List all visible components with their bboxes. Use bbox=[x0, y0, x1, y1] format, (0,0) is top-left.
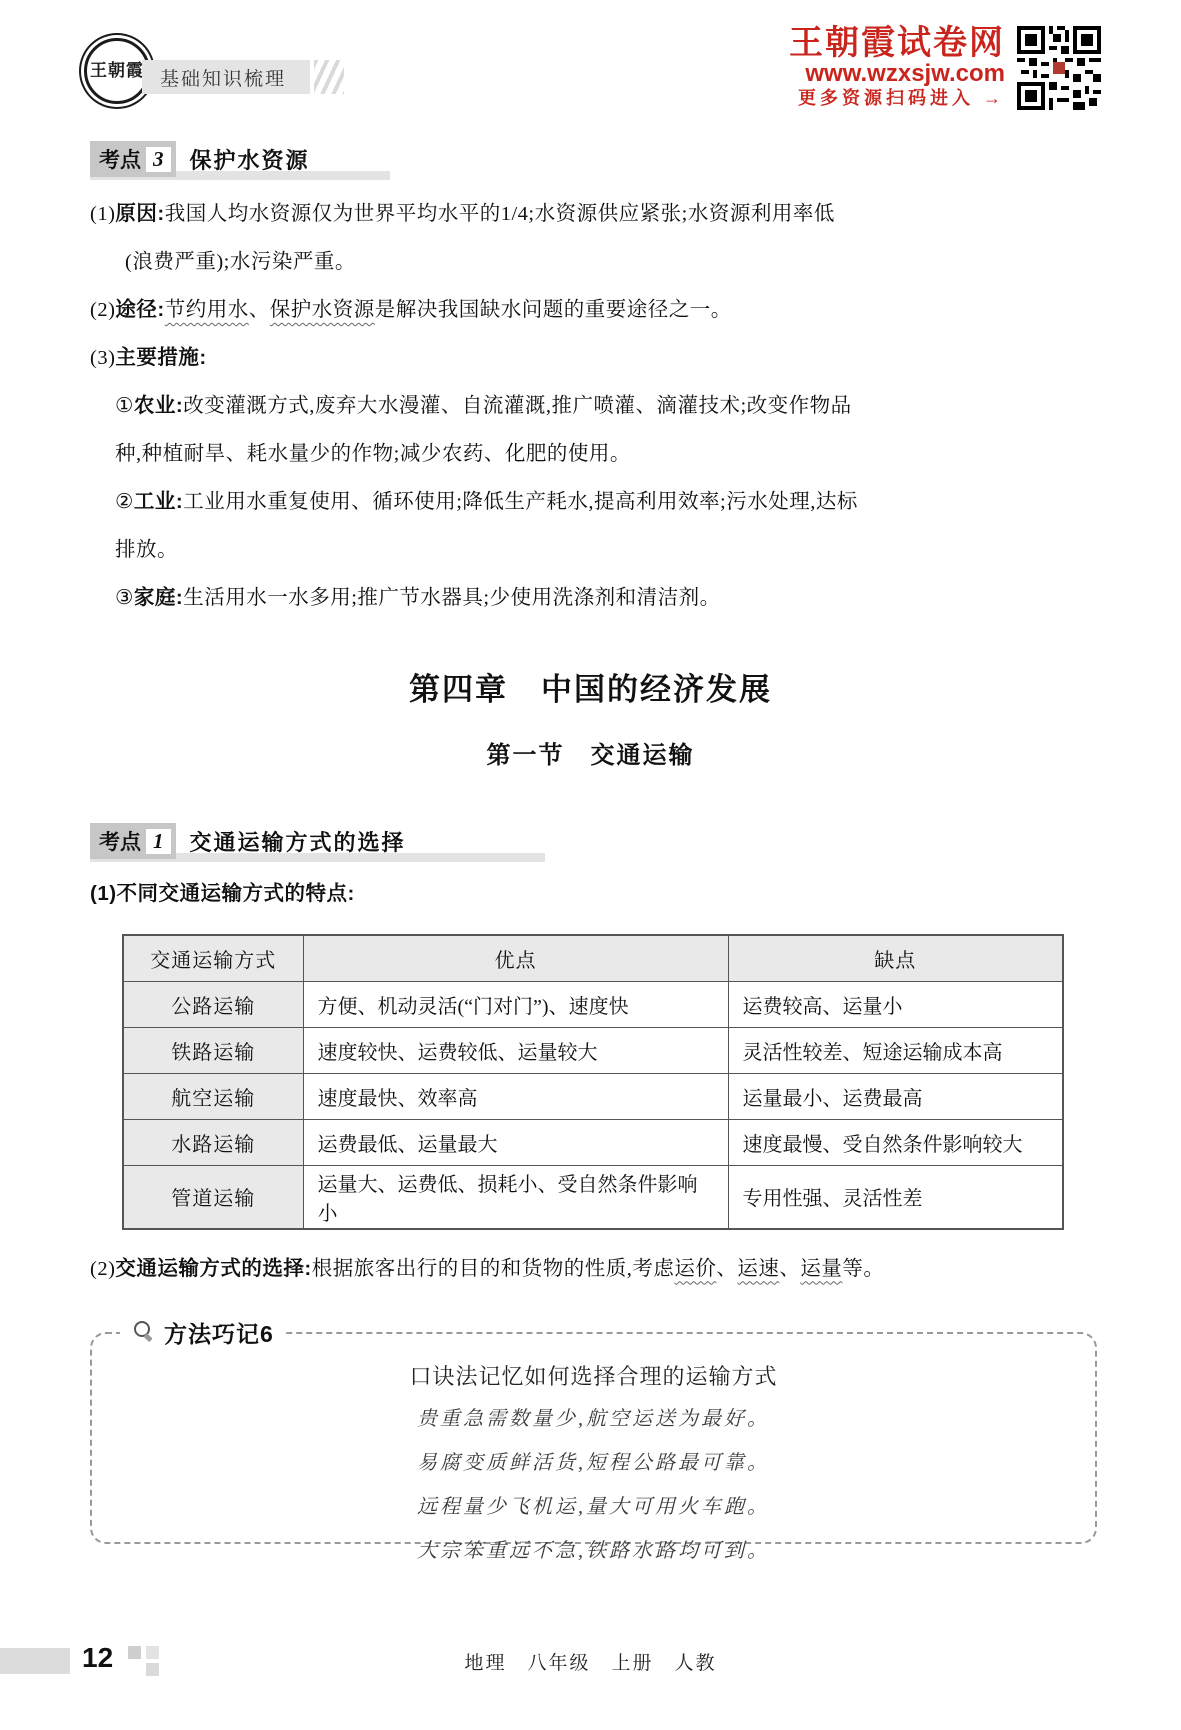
item-text: 我国人均水资源仅为世界平均水平的1/4;水资源供应紧张;水资源利用率低 bbox=[165, 203, 835, 225]
mnemonic-line: 远程量少飞机运,量大可用火车跑。 bbox=[92, 1485, 1095, 1529]
section-title: 第一节 交通运输 bbox=[0, 735, 1181, 770]
kaodian1-badge-number: 1 bbox=[146, 829, 171, 854]
item-label: 主要措施: bbox=[115, 346, 206, 369]
cons-cell: 速度最慢、受自然条件影响较大 bbox=[728, 1119, 1063, 1165]
kaodian1-title: 交通运输方式的选择 bbox=[190, 826, 406, 857]
brand-title: 王朝霞试卷网 bbox=[789, 26, 1005, 60]
table-row: 公路运输 方便、机动灵活(“门对门”)、速度快 运费较高、运量小 bbox=[123, 981, 1063, 1027]
item-text: 种,种植耐旱、耗水量少的作物;减少农药、化肥的使用。 bbox=[115, 443, 631, 465]
item-prefix: (3) bbox=[90, 347, 115, 369]
item-label: (1)不同交通运输方式的特点: bbox=[90, 882, 355, 905]
item-label: 交通运输方式的选择: bbox=[115, 1257, 311, 1280]
tip-box-label-text: 方法巧记6 bbox=[164, 1316, 274, 1349]
qr-code-svg bbox=[1017, 26, 1101, 110]
mnemonic-line: 大宗笨重远不急,铁路水路均可到。 bbox=[92, 1529, 1095, 1573]
agriculture-line-2: 种,种植耐旱、耗水量少的作物;减少农药、化肥的使用。 bbox=[90, 430, 1097, 478]
reason-line-1: (1)原因:我国人均水资源仅为世界平均水平的1/4;水资源供应紧张;水资源利用率… bbox=[90, 190, 1097, 238]
kaodian1-badge: 考点 1 bbox=[90, 823, 176, 859]
qr-code-icon bbox=[1017, 26, 1101, 110]
footer-book-info: 地理 八年级 上册 人教 bbox=[0, 1648, 1181, 1675]
tip-box-title: 口诀法记忆如何选择合理的运输方式 bbox=[92, 1360, 1095, 1391]
kaodian3-badge-number: 3 bbox=[146, 147, 171, 172]
mode-cell: 铁路运输 bbox=[123, 1027, 303, 1073]
main-content: 考点 3 保护水资源 (1)原因:我国人均水资源仅为世界平均水平的1/4;水资源… bbox=[0, 140, 1181, 1544]
table-row: 管道运输 运量大、运费低、损耗小、受自然条件影响小 专用性强、灵活性差 bbox=[123, 1165, 1063, 1229]
kaodian3-heading: 考点 3 保护水资源 bbox=[90, 140, 1181, 178]
tip-box-label: 方法巧记6 bbox=[120, 1316, 286, 1349]
item-text: 是解决我国缺水问题的重要途径之一。 bbox=[375, 299, 732, 321]
separator: 、 bbox=[716, 1258, 737, 1280]
separator: 、 bbox=[249, 299, 270, 321]
table-row: 航空运输 速度最快、效率高 运量最小、运费最高 bbox=[123, 1073, 1063, 1119]
kaodian3-badge-label: 考点 bbox=[99, 144, 141, 174]
header-banner: 基础知识梳理 bbox=[142, 60, 310, 94]
way-line: (2)途径:节约用水、保护水资源是解决我国缺水问题的重要途径之一。 bbox=[90, 286, 1097, 334]
chapter-title: 第四章 中国的经济发展 bbox=[0, 664, 1181, 709]
mode-cell: 管道运输 bbox=[123, 1165, 303, 1229]
item-prefix: (1) bbox=[90, 203, 115, 225]
brand-block: 王朝霞试卷网 www.wzxsjw.com 更多资源扫码进入 → bbox=[789, 26, 1101, 110]
page-footer: 12 地理 八年级 上册 人教 bbox=[0, 1642, 1181, 1678]
emphasized-term: 运量 bbox=[800, 1258, 842, 1280]
item-text: 排放。 bbox=[115, 539, 178, 561]
item-prefix: ① bbox=[115, 395, 134, 417]
industry-line-1: ②工业:工业用水重复使用、循环使用;降低生产耗水,提高利用效率;污水处理,达标 bbox=[90, 478, 1097, 526]
kaodian3-badge: 考点 3 bbox=[90, 141, 176, 177]
household-line: ③家庭:生活用水一水多用;推广节水器具;少使用洗涤剂和清洁剂。 bbox=[90, 574, 1097, 622]
kaodian3-title: 保护水资源 bbox=[190, 144, 310, 175]
emphasized-term: 节约用水 bbox=[165, 299, 249, 321]
emphasized-term: 保护水资源 bbox=[270, 299, 375, 321]
col-header-pros: 优点 bbox=[303, 935, 728, 981]
brand-logo-text: 王朝霞 bbox=[90, 62, 144, 80]
table-row: 水路运输 运费最低、运量最大 速度最慢、受自然条件影响较大 bbox=[123, 1119, 1063, 1165]
pros-cell: 方便、机动灵活(“门对门”)、速度快 bbox=[303, 981, 728, 1027]
cons-cell: 运费较高、运量小 bbox=[728, 981, 1063, 1027]
pros-cell: 速度最快、效率高 bbox=[303, 1073, 728, 1119]
item-text: 等。 bbox=[842, 1258, 884, 1280]
pros-cell: 速度较快、运费较低、运量较大 bbox=[303, 1027, 728, 1073]
magnifier-icon bbox=[132, 1319, 158, 1345]
pros-cell: 运量大、运费低、损耗小、受自然条件影响小 bbox=[303, 1165, 728, 1229]
brand-url[interactable]: www.wzxsjw.com bbox=[789, 60, 1005, 88]
item-prefix: ③ bbox=[115, 587, 134, 609]
cons-cell: 灵活性较差、短途运输成本高 bbox=[728, 1027, 1063, 1073]
industry-line-2: 排放。 bbox=[90, 526, 1097, 574]
brand-slogan: 更多资源扫码进入 → bbox=[789, 88, 1005, 110]
table-row: 铁路运输 速度较快、运费较低、运量较大 灵活性较差、短途运输成本高 bbox=[123, 1027, 1063, 1073]
item-text: 改变灌溉方式,废弃大水漫灌、自流灌溉,推广喷灌、滴灌技术;改变作物品 bbox=[183, 395, 851, 417]
table-header-row: 交通运输方式 优点 缺点 bbox=[123, 935, 1063, 981]
item-label: 原因: bbox=[115, 202, 164, 225]
cons-cell: 专用性强、灵活性差 bbox=[728, 1165, 1063, 1229]
header-banner-label: 基础知识梳理 bbox=[160, 64, 286, 91]
mnemonic-line: 易腐变质鲜活货,短程公路最可靠。 bbox=[92, 1441, 1095, 1485]
page-header: 王朝霞 基础知识梳理 王朝霞试卷网 www.wzxsjw.com 更多资源扫码进… bbox=[0, 0, 1181, 130]
kaodian3-body: (1)原因:我国人均水资源仅为世界平均水平的1/4;水资源供应紧张;水资源利用率… bbox=[90, 190, 1097, 622]
col-header-mode: 交通运输方式 bbox=[123, 935, 303, 981]
mode-cell: 航空运输 bbox=[123, 1073, 303, 1119]
cons-cell: 运量最小、运费最高 bbox=[728, 1073, 1063, 1119]
item-text: (浪费严重);水污染严重。 bbox=[125, 251, 356, 273]
mode-cell: 公路运输 bbox=[123, 981, 303, 1027]
item-text: 工业用水重复使用、循环使用;降低生产耗水,提高利用效率;污水处理,达标 bbox=[183, 491, 858, 513]
item-label: 工业: bbox=[134, 490, 183, 513]
agriculture-line-1: ①农业:改变灌溉方式,废弃大水漫灌、自流灌溉,推广喷灌、滴灌技术;改变作物品 bbox=[90, 382, 1097, 430]
kaodian1-heading: 考点 1 交通运输方式的选择 bbox=[90, 822, 1181, 860]
item-text: 根据旅客出行的目的和货物的性质,考虑 bbox=[312, 1258, 675, 1280]
reason-line-2: (浪费严重);水污染严重。 bbox=[90, 238, 1097, 286]
col-header-cons: 缺点 bbox=[728, 935, 1063, 981]
kaodian1-badge-label: 考点 bbox=[99, 826, 141, 856]
transport-modes-table: 交通运输方式 优点 缺点 公路运输 方便、机动灵活(“门对门”)、速度快 运费较… bbox=[122, 934, 1064, 1230]
emphasized-term: 运速 bbox=[737, 1258, 779, 1280]
brand-logo: 王朝霞 bbox=[84, 38, 150, 104]
item-prefix: (2) bbox=[90, 1258, 115, 1280]
page: 王朝霞 基础知识梳理 王朝霞试卷网 www.wzxsjw.com 更多资源扫码进… bbox=[0, 0, 1181, 1730]
tip-box-lines: 贵重急需数量少,航空运送为最好。 易腐变质鲜活货,短程公路最可靠。 远程量少飞机… bbox=[92, 1397, 1095, 1573]
item-label: 途径: bbox=[115, 298, 164, 321]
mnemonic-line: 贵重急需数量少,航空运送为最好。 bbox=[92, 1397, 1095, 1441]
emphasized-term: 运价 bbox=[674, 1258, 716, 1280]
mode-cell: 水路运输 bbox=[123, 1119, 303, 1165]
item-label: 家庭: bbox=[134, 586, 183, 609]
separator: 、 bbox=[779, 1258, 800, 1280]
mnemonic-tip-box: 方法巧记6 口诀法记忆如何选择合理的运输方式 贵重急需数量少,航空运送为最好。 … bbox=[90, 1332, 1097, 1544]
item-prefix: ② bbox=[115, 491, 134, 513]
item-label: 农业: bbox=[134, 394, 183, 417]
pros-cell: 运费最低、运量最大 bbox=[303, 1119, 728, 1165]
features-intro-line: (1)不同交通运输方式的特点: bbox=[90, 870, 1097, 918]
item-prefix: (2) bbox=[90, 299, 115, 321]
measures-line: (3)主要措施: bbox=[90, 334, 1097, 382]
choice-line: (2)交通运输方式的选择:根据旅客出行的目的和货物的性质,考虑运价、运速、运量等… bbox=[90, 1252, 1097, 1286]
item-text: 生活用水一水多用;推广节水器具;少使用洗涤剂和清洁剂。 bbox=[183, 587, 720, 609]
